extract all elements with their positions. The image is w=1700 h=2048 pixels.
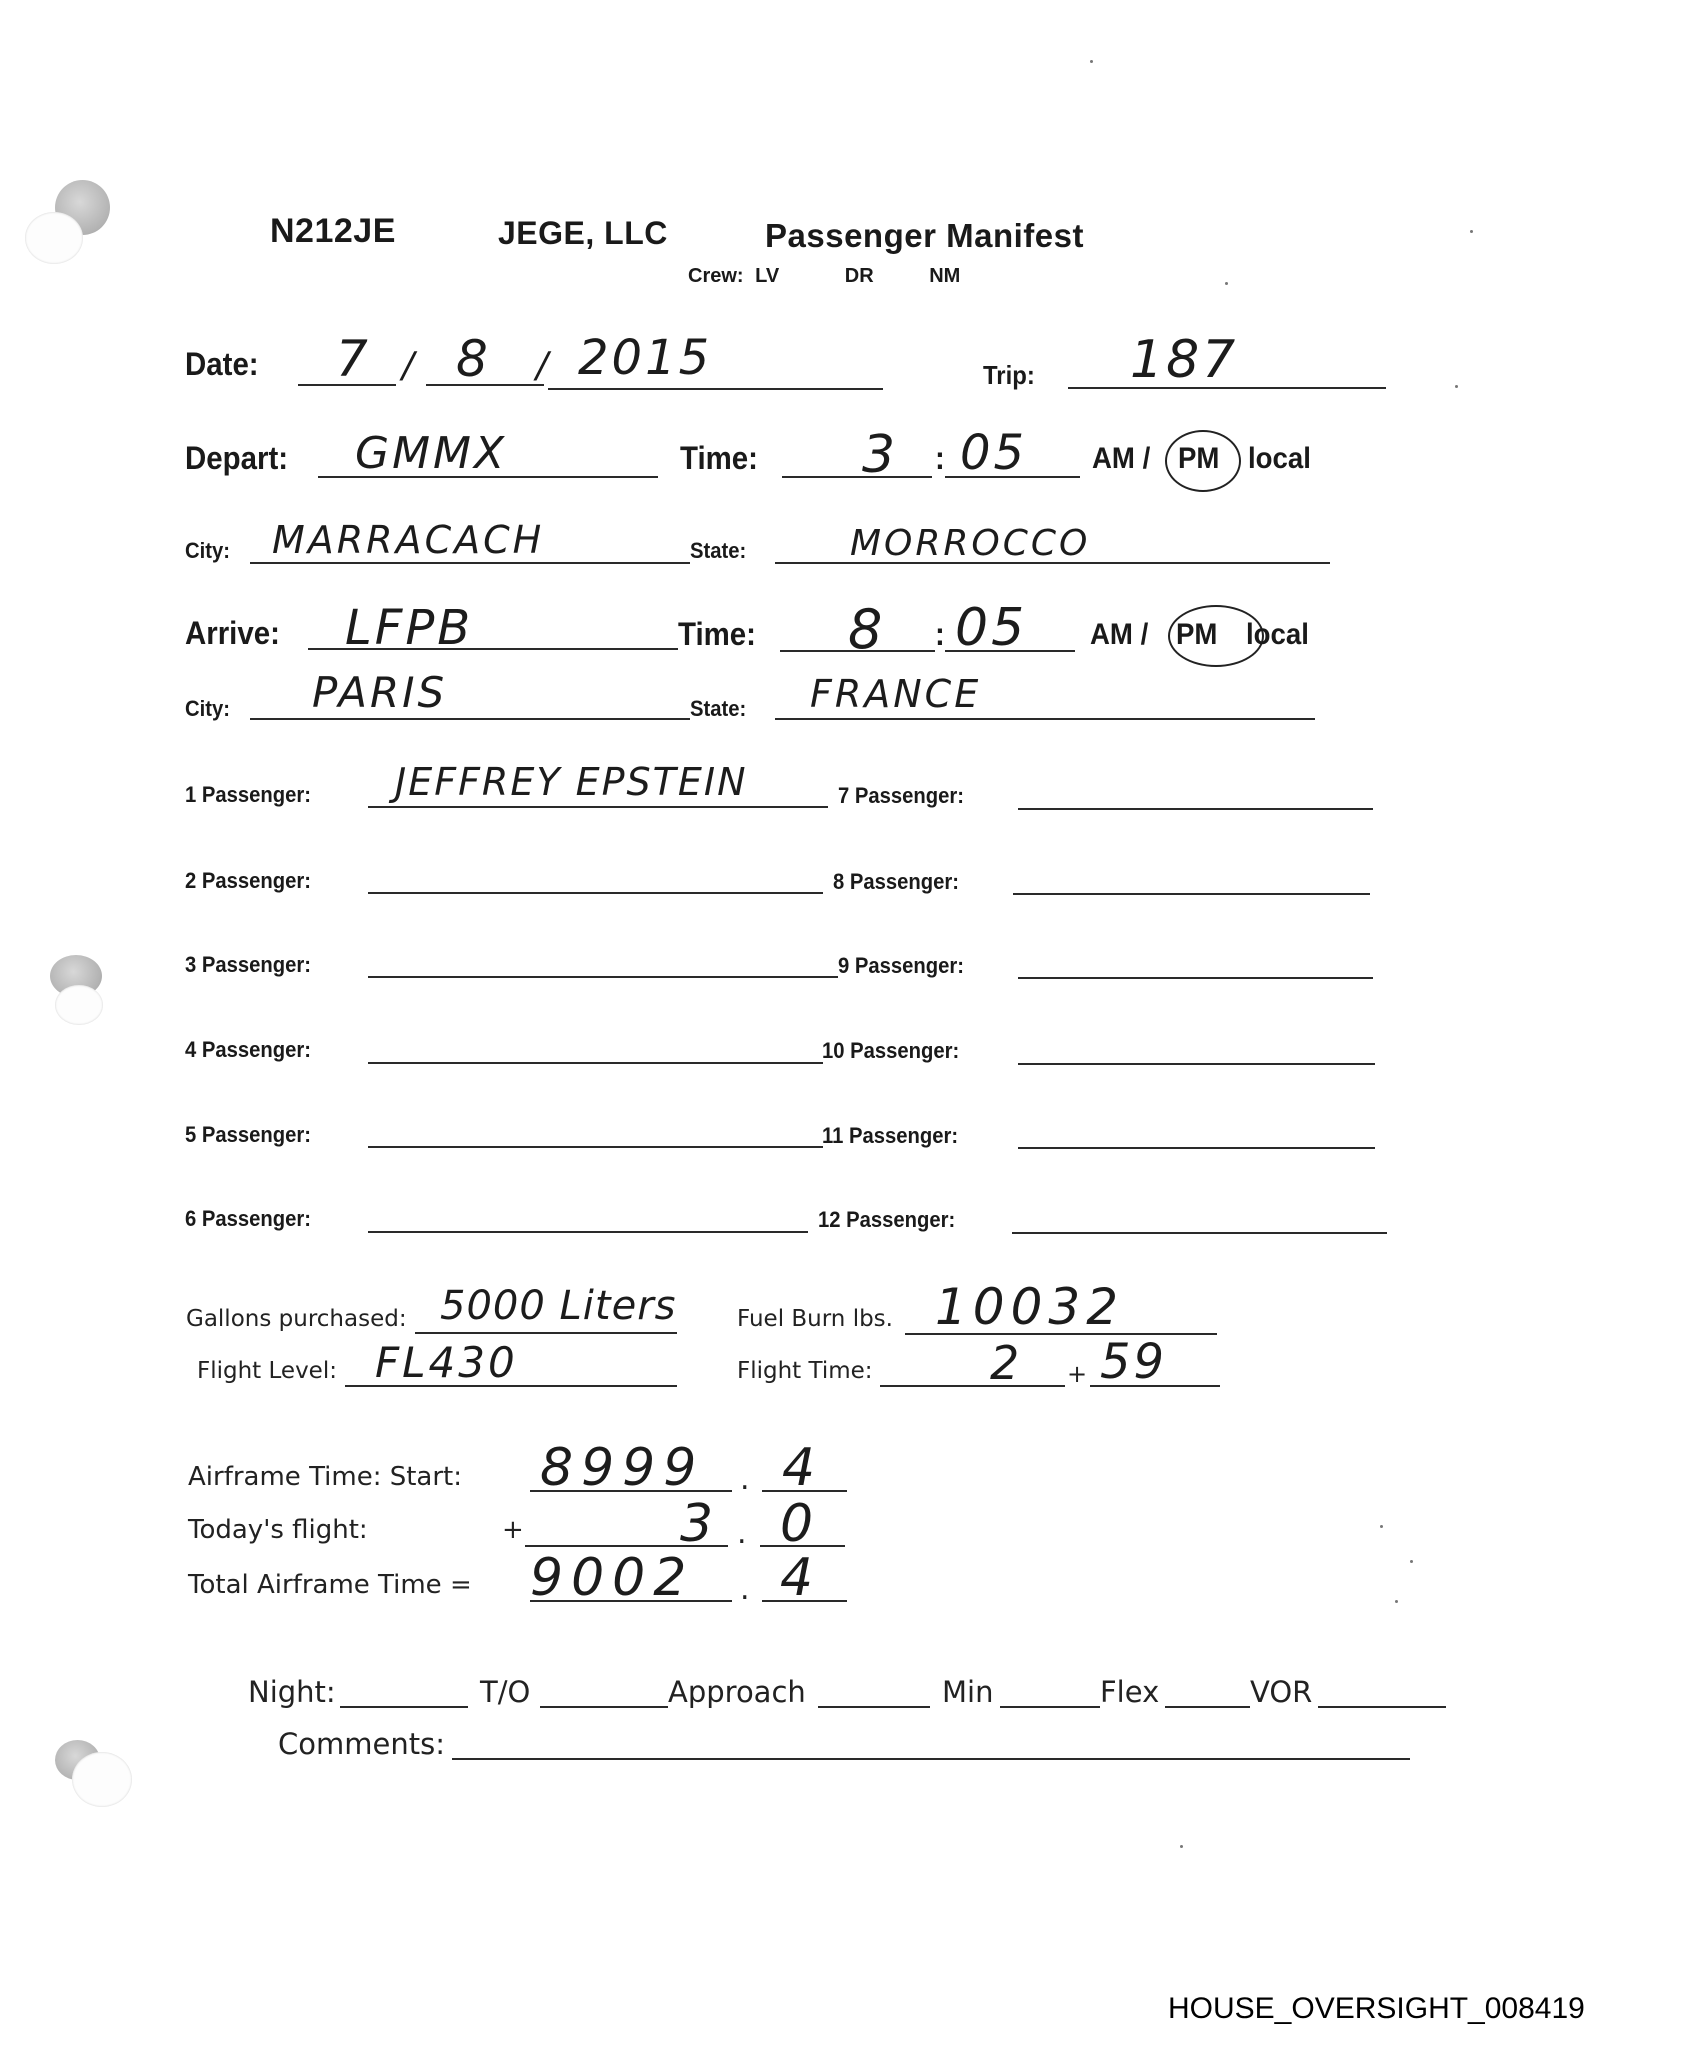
passenger-9-label: 9 Passenger:: [838, 953, 964, 979]
night-label: Night:: [248, 1675, 336, 1709]
passenger-9-field[interactable]: [1018, 977, 1373, 979]
date-label: Date:: [185, 346, 259, 383]
passenger-7-label: 7 Passenger:: [838, 783, 964, 809]
arrive-city-value: PARIS: [312, 668, 447, 717]
total-airframe-decimal: .: [740, 1572, 750, 1607]
depart-city-value: MARRACACH: [272, 518, 544, 562]
scan-speck: [1180, 1845, 1183, 1848]
total-airframe-label: Total Airframe Time =: [188, 1570, 472, 1600]
approach-field[interactable]: [818, 1706, 930, 1708]
depart-am-option[interactable]: AM /: [1092, 442, 1150, 476]
crew-row: Crew: LV DR NM: [688, 265, 960, 288]
passenger-5-field[interactable]: [368, 1146, 823, 1148]
todays-flight-decimal: .: [737, 1516, 747, 1551]
arrive-state-field[interactable]: [775, 718, 1315, 720]
flight-time-hours-field[interactable]: [880, 1385, 1065, 1387]
flight-time-label: Flight Time:: [737, 1358, 873, 1384]
flight-level-value: FL430: [375, 1338, 518, 1387]
min-label: Min: [942, 1675, 993, 1709]
scan-speck: [1455, 385, 1458, 388]
trip-value: 187: [1130, 330, 1238, 390]
passenger-10-field[interactable]: [1018, 1063, 1375, 1065]
depart-pm-selected-circle: [1165, 430, 1241, 492]
fuel-burn-label: Fuel Burn lbs.: [737, 1306, 893, 1332]
date-month-value: 7: [336, 330, 371, 388]
flight-time-plus: +: [1067, 1360, 1087, 1388]
comments-label: Comments:: [278, 1727, 445, 1761]
arrive-city-label: City:: [185, 696, 230, 722]
to-label: T/O: [480, 1675, 530, 1709]
passenger-7-field[interactable]: [1018, 808, 1373, 810]
airframe-start-tenth-value: 4: [782, 1438, 818, 1498]
arrive-airport-value: LFPB: [345, 600, 473, 656]
passenger-2-field[interactable]: [368, 892, 823, 894]
depart-city-field[interactable]: [250, 562, 690, 564]
gallons-purchased-field[interactable]: [415, 1332, 677, 1334]
arrive-city-field[interactable]: [250, 718, 690, 720]
passenger-8-field[interactable]: [1013, 893, 1370, 895]
airframe-start-decimal: .: [740, 1462, 750, 1497]
date-year-value: 2015: [578, 330, 712, 386]
passenger-6-field[interactable]: [368, 1231, 808, 1233]
punch-hole-bottom: [72, 1752, 132, 1807]
crew-member-2: DR: [845, 265, 874, 287]
todays-flight-label: Today's flight:: [188, 1515, 368, 1545]
flight-time-hours-value: 2: [990, 1336, 1022, 1390]
arrive-minute-value: 05: [955, 598, 1027, 658]
arrive-label: Arrive:: [185, 615, 280, 652]
date-day-value: 8: [456, 330, 491, 388]
arrive-am-option[interactable]: AM /: [1090, 618, 1148, 652]
gallons-purchased-label: Gallons purchased:: [186, 1306, 407, 1332]
to-field[interactable]: [540, 1706, 668, 1708]
scan-speck: [1470, 230, 1473, 233]
depart-city-label: City:: [185, 538, 230, 564]
scan-speck: [1090, 60, 1093, 63]
passenger-11-label: 11 Passenger:: [822, 1123, 958, 1149]
depart-airport-value: GMMX: [355, 428, 507, 479]
total-airframe-whole-value: 9002: [530, 1548, 694, 1608]
passenger-5-label: 5 Passenger:: [185, 1122, 311, 1148]
vor-label: VOR: [1250, 1675, 1312, 1709]
punch-hole-top: [25, 212, 83, 264]
passenger-8-label: 8 Passenger:: [833, 869, 959, 895]
scan-speck: [1225, 282, 1228, 285]
passenger-3-field[interactable]: [368, 976, 838, 978]
passenger-1-label: 1 Passenger:: [185, 782, 311, 808]
passenger-12-label: 12 Passenger:: [818, 1207, 955, 1233]
arrive-local-label: local: [1246, 618, 1309, 652]
todays-flight-tenth-value: 0: [780, 1494, 816, 1554]
scan-speck: [1380, 1525, 1383, 1528]
passenger-4-label: 4 Passenger:: [185, 1037, 311, 1063]
date-year-field[interactable]: [548, 388, 883, 390]
date-sep-1: /: [402, 345, 417, 386]
flight-time-minutes-value: 59: [1100, 1334, 1167, 1390]
passenger-11-field[interactable]: [1018, 1147, 1375, 1149]
date-sep-2: /: [536, 345, 551, 386]
depart-minute-value: 05: [960, 425, 1027, 481]
depart-time-colon: :: [935, 440, 945, 477]
arrive-hour-value: 8: [848, 598, 885, 661]
todays-flight-whole-value: 3: [680, 1494, 716, 1554]
scan-speck: [1410, 1560, 1413, 1563]
bates-number: HOUSE_OVERSIGHT_008419: [1168, 1992, 1585, 2026]
passenger-1-value: JEFFREY EPSTEIN: [395, 760, 748, 804]
crew-member-3: NM: [929, 265, 960, 287]
flex-field[interactable]: [1165, 1706, 1250, 1708]
fuel-burn-value: 10032: [935, 1278, 1124, 1336]
arrive-time-label: Time:: [678, 616, 756, 653]
total-airframe-tenth-value: 4: [780, 1548, 816, 1608]
min-field[interactable]: [1000, 1706, 1100, 1708]
comments-field[interactable]: [452, 1758, 1410, 1760]
depart-hour-field[interactable]: [782, 476, 932, 478]
passenger-4-field[interactable]: [368, 1062, 823, 1064]
todays-flight-plus: +: [502, 1515, 524, 1545]
airframe-start-whole-value: 8999: [540, 1438, 704, 1498]
arrive-state-value: FRANCE: [810, 672, 981, 716]
flex-label: Flex: [1100, 1675, 1159, 1709]
trip-label: Trip:: [983, 360, 1035, 391]
depart-state-label: State:: [690, 538, 746, 564]
passenger-1-field[interactable]: [368, 806, 828, 808]
arrive-time-colon: :: [935, 616, 945, 653]
punch-hole-middle: [55, 985, 103, 1025]
depart-time-label: Time:: [680, 440, 758, 477]
passenger-12-field[interactable]: [1012, 1232, 1387, 1234]
vor-field[interactable]: [1318, 1706, 1446, 1708]
company-name: JEGE, LLC: [498, 215, 668, 252]
passenger-6-label: 6 Passenger:: [185, 1206, 311, 1232]
passenger-10-label: 10 Passenger:: [822, 1038, 959, 1064]
depart-hour-value: 3: [862, 425, 898, 485]
passenger-2-label: 2 Passenger:: [185, 868, 311, 894]
arrive-state-label: State:: [690, 696, 746, 722]
night-field[interactable]: [340, 1706, 468, 1708]
depart-label: Depart:: [185, 440, 288, 477]
airframe-start-label: Airframe Time: Start:: [188, 1462, 462, 1492]
passenger-3-label: 3 Passenger:: [185, 952, 311, 978]
depart-local-label: local: [1248, 442, 1311, 476]
approach-label: Approach: [668, 1675, 806, 1709]
page-title: Passenger Manifest: [765, 217, 1084, 255]
scan-speck: [1395, 1600, 1398, 1603]
depart-state-value: MORROCCO: [850, 523, 1090, 564]
flight-level-label: Flight Level:: [197, 1358, 337, 1384]
crew-member-1: LV: [755, 265, 779, 287]
tail-number: N212JE: [270, 212, 396, 251]
gallons-purchased-value: 5000 Liters: [440, 1283, 677, 1329]
crew-label: Crew:: [688, 265, 744, 287]
